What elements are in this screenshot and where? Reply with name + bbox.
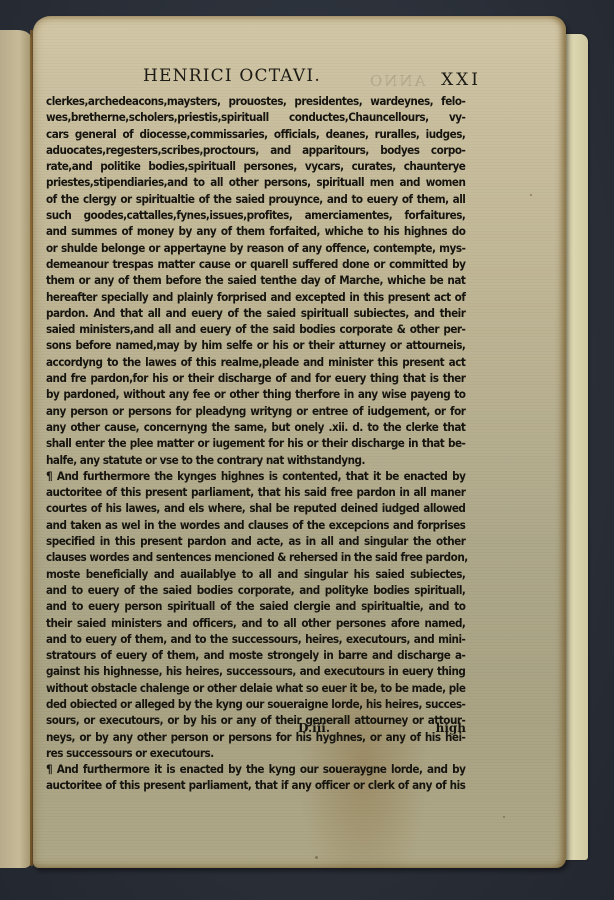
- text-line: and summes of money by any of them forfa…: [46, 223, 465, 239]
- text-line: their saied ministers and officers, and …: [46, 615, 465, 631]
- foxing-spot: [530, 194, 532, 196]
- body-text: clerkes,archedeacons,maysters, prouostes…: [46, 93, 466, 794]
- text-line: or shulde belonge or appertayne by reaso…: [46, 240, 465, 256]
- text-line: rate,and politike bodies,spirituall pers…: [46, 158, 465, 174]
- text-line: res successours or executours.: [46, 745, 465, 761]
- foxing-spot: [128, 784, 130, 786]
- text-line: hereafter specially and plainly forprise…: [46, 289, 465, 305]
- text-line: priestes,stipendiaries,and to all other …: [46, 174, 465, 190]
- text-line: wes,bretherne,scholers,priestis,spiritua…: [46, 109, 465, 125]
- text-line: them or any of them before the saied ten…: [46, 272, 465, 288]
- text-line: stratours of euery of them, and moste st…: [46, 647, 465, 663]
- text-line: and fre pardon,for his or their discharg…: [46, 370, 465, 386]
- text-line: cars general of diocesse,commissaries, o…: [46, 126, 465, 142]
- text-line: saied ministers,and all and euery of the…: [46, 321, 465, 337]
- text-line: clerkes,archedeacons,maysters, prouostes…: [46, 93, 465, 109]
- foxing-spot: [315, 856, 318, 859]
- text-line: pardon. And that all and euery of the sa…: [46, 305, 465, 321]
- paragraph-start-line: ¶ And furthermore it is enacted by the k…: [46, 761, 465, 777]
- running-head: ANNO HENRICI OCTAVI. XXI: [143, 66, 493, 94]
- text-line: by pardoned, without any fee or other th…: [46, 386, 465, 402]
- text-line: such goodes,cattalles,fynes,issues,profi…: [46, 207, 465, 223]
- catchword: high: [436, 721, 466, 735]
- text-line: sons before named,may by him selfe or hi…: [46, 337, 465, 353]
- text-line: ded obiected or alleged by the kyng our …: [46, 696, 465, 712]
- text-line: and taken as wel in the wordes and claus…: [46, 517, 465, 533]
- text-line: clauses wordes and sentences mencioned &…: [46, 549, 465, 565]
- text-line: auctoritee of this present parliament, t…: [46, 484, 465, 500]
- signature-mark: D.iii.: [298, 721, 330, 735]
- foxing-spot: [503, 816, 505, 818]
- text-line: and to euery of the saied bodies corpora…: [46, 582, 465, 598]
- text-line: shall enter the plee matter or iugement …: [46, 435, 465, 451]
- running-title: HENRICI OCTAVI.: [143, 66, 321, 86]
- text-line: auctoritee of this present parliament, t…: [46, 777, 465, 793]
- text-line: and to euery person spirituall of the sa…: [46, 598, 465, 614]
- showthrough-text: ANNO: [368, 72, 425, 90]
- page-footer: D.iii. high: [46, 721, 466, 739]
- text-line: moste beneficially and auailablye to all…: [46, 566, 465, 582]
- text-line: halfe, any statute or vse to the contrar…: [46, 452, 465, 468]
- text-line: and to euery of them, and to the success…: [46, 631, 465, 647]
- text-line: courtes of his lawes, and els where, sha…: [46, 500, 465, 516]
- text-line: accordyng to the lawes of this realme,pl…: [46, 354, 465, 370]
- scan-scene: ANNO HENRICI OCTAVI. XXI clerkes,archede…: [0, 0, 614, 900]
- paragraph-start-line: ¶ And furthermore the kynges highnes is …: [46, 468, 465, 484]
- text-line: without obstacle chalenge or other delai…: [46, 680, 465, 696]
- text-line: gainst his highnesse, his heires, succes…: [46, 663, 465, 679]
- text-line: any other cause, concernyng the same, bu…: [46, 419, 465, 435]
- folio-number: XXI: [441, 70, 481, 90]
- text-line: specified in this present pardon and act…: [46, 533, 465, 549]
- text-line: any person or persons for pleadyng writy…: [46, 403, 465, 419]
- text-line: aduocates,regesters,scribes,proctours, a…: [46, 142, 465, 158]
- text-line: demeanour trespas matter cause or quarel…: [46, 256, 465, 272]
- text-line: of the clergy or spiritualtie of the sai…: [46, 191, 465, 207]
- book-page: ANNO HENRICI OCTAVI. XXI clerkes,archede…: [33, 16, 566, 868]
- previous-page-edge: [0, 30, 32, 868]
